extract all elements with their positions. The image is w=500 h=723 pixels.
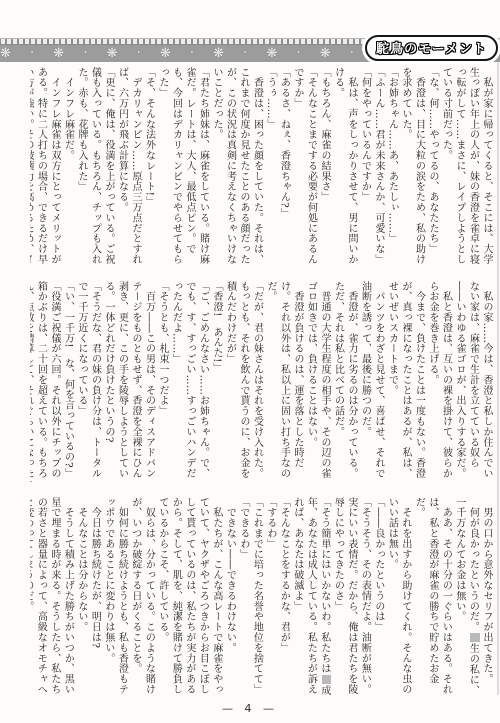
paragraph: 「ふーん……君が未来さんか、可愛いな」 — [372, 67, 386, 271]
page-number: — 4 — — [0, 702, 500, 715]
paragraph: インフレ麻雀は双方にとってメリットがある。特に二人打ちの場合、できるだけ早い方が… — [30, 67, 61, 271]
scan-edge-artifact — [497, 62, 499, 695]
paragraph: 普通の大学生程度の相手や、その辺の雀ゴロ如きでは、負けることはない。 — [304, 281, 331, 484]
paragraph: 今まで、負けたことは一度もない。香澄が、真っ裸になったことはあるが、私は、せいぜ… — [385, 281, 426, 484]
paragraph: 「そう簡単にはいかないわ。私たちは成年、あなたは成人している。私たちが訴えれば、… — [290, 497, 331, 696]
paragraph: 私の家……今は、香澄と私しか住んでいない家は、麻雀で生計を立てている奴ら――いわ… — [453, 281, 494, 484]
censored-character-box — [322, 675, 331, 684]
novel-scan-page: ❋ · ❋ · ❋ · ❋ · ❋ · ❋ · ❋ · ❋ · ❋ · ❋ · … — [0, 0, 500, 723]
paragraph: 「更に、俺は、役満を上がっている。ご祝儀も入っている。もちろん、チップも入れた。… — [75, 67, 116, 271]
paragraph: 香澄が、雀力に劣るのは分かっている。ただ、それは私と比べての話だ。 — [331, 281, 358, 484]
paragraph: 「君たち姉妹は、麻雀をしている。賭け麻雀だ。レートは、大人、最低点ピン。でも、今… — [156, 67, 210, 271]
text-band-middle: 私の家……今は、香澄と私しか住んでいない家は、麻雀で生計を立てている奴ら――いわ… — [30, 281, 493, 484]
paragraph: 私たちが、こんな高レートで麻雀をやっていて、ヤクザやごろつきからお目こぼしして貰… — [155, 497, 223, 696]
paragraph: 「役満ご祝儀が六回。それ以外にチップの箱かぶりは、二十回を超えている。もちろん、… — [30, 281, 61, 484]
paragraph: 「何をやっているんですか」 — [358, 67, 372, 271]
paragraph: そうして積み上げた勝ちがいつか、黒い星で埋まる時が来る。そうしたら、私たちの若さ… — [30, 497, 74, 696]
paragraph: 「そうそう、その表情だよ。油断が無い。実にいい表情だ。だから、俺は君たちを陵辱し… — [331, 497, 372, 696]
paragraph: それを出すから助けてくれ。そんな虫のいい話は無い。 — [385, 497, 412, 696]
paragraph: 「そうとも、札束一つだよ」 — [156, 281, 170, 484]
paragraph: 「するわ」 — [263, 497, 277, 696]
censored-character-box — [470, 633, 479, 642]
paragraph: 「もちろん、麻雀の結果さ」 — [318, 67, 332, 271]
paragraph: インフレ麻雀だ。 — [61, 67, 75, 271]
paragraph: 男の口から意外なセリフが出てきた。 — [480, 497, 494, 696]
paragraph: 「ご、ごめんなさい……お姉ちゃん。で、でも、す、すっごい……すっごいハンデだった… — [169, 281, 210, 484]
paragraph: 「お姉ちゃん……あ、あたしぃ……」 — [385, 67, 399, 271]
paragraph: 如何に勝ち続けようとも、私も香澄もテッポウであることに変わりは無い。 — [101, 497, 128, 696]
paragraph: 「そんなことまでする必要が何処にあるんですか」 — [291, 67, 318, 271]
paragraph: 「な、何……やってるの、あなたたち」 — [426, 67, 440, 271]
paragraph: 「――良かったというのは」 — [371, 497, 385, 696]
paragraph: ああ、その十分の一ぐらいはある。それは、私と香澄が麻雀の勝ちで貯めたお金だ。 — [412, 497, 453, 696]
paragraph: パンツをわざと見せて、喜ばせ、それで油断を誘って、最後に勝つのだ。 — [358, 281, 385, 484]
paragraph: 香澄は、目に大粒の涙をため、私の助けを求めていた。 — [399, 67, 426, 271]
paragraph: できない――できるわけない。 — [223, 497, 237, 696]
chapter-title: 駝鳥のモーメント — [376, 42, 487, 57]
paragraph: 「だが、君の妹さんはそれを受け入れた。もっとも、それを飲んで貰うのに、お金を積ん… — [223, 281, 264, 484]
paragraph: そんなことは分からない。 — [74, 497, 88, 696]
paragraph: 「香澄! あんた!」 — [210, 281, 224, 484]
text-band-top: 私が家に帰ってくると、そこには、大学生っぽい年上の人が、妹の香澄を雀卓に寝っ転が… — [30, 67, 493, 271]
paragraph: 私が家に帰ってくると、そこには、大学生っぽい年上の人が、妹の香澄を雀卓に寝っ転が… — [439, 67, 493, 271]
paragraph: 香澄は、困った顔をしていた。それは、これまで何度か見せたことのある顔だったが、こ… — [210, 67, 264, 271]
chapter-title-badge: 駝鳥のモーメント — [365, 35, 498, 61]
text-band-bottom: 男の口から意外なセリフが出てきた。 何が良かったというのだ。生の私に、一千万なん… — [30, 497, 493, 696]
paragraph: 私は、声をしっかりさせて、男に問いかける。 — [331, 67, 358, 271]
paragraph: 「い、一千万! な、何を言っているの?」 — [61, 281, 75, 484]
paragraph: 今日は勝ち続けたが、明日は? — [88, 497, 102, 696]
paragraph: 「そんなことをするかな、君が」 — [277, 497, 291, 696]
paragraph: デカリャンピン……原点三万点だとすれば、六万円が飛ぶ計算になる。 — [115, 67, 142, 271]
paragraph: 何が良かったというのだ。生の私に、一千万なんてお金は無い。 — [452, 497, 479, 696]
paragraph: 百万――この男は、そのディスアドバンテージをものともせず、香澄を全裸にひん剥き、… — [102, 281, 156, 484]
paragraph: 「そ、そんな法外なレート!」 — [142, 67, 156, 271]
paragraph: 「これまでに培った名誉や地位を捨てて」 — [250, 497, 264, 696]
paragraph: 「そうだな、君の妹の負け分は、トータルで一千万近くになっている」 — [75, 281, 102, 484]
paragraph: 「できるわ」 — [236, 497, 250, 696]
paragraph: 香澄が負けるのは、運を落とした時だけ。それ以外は、私以上に固い打ち手なのだ。 — [264, 281, 305, 484]
paragraph: 「あるさ、ねぇ、香澄ちゃん?」 — [277, 67, 291, 271]
paragraph: 私と香澄は、互いの裸を掛けて、彼らからお金を巻き上げる。 — [426, 281, 453, 484]
paragraph: 「うぅ……」 — [264, 67, 278, 271]
paragraph: 奴らは、分かっている。このような賭けが、いつか破綻する日がくることを。 — [128, 497, 155, 696]
